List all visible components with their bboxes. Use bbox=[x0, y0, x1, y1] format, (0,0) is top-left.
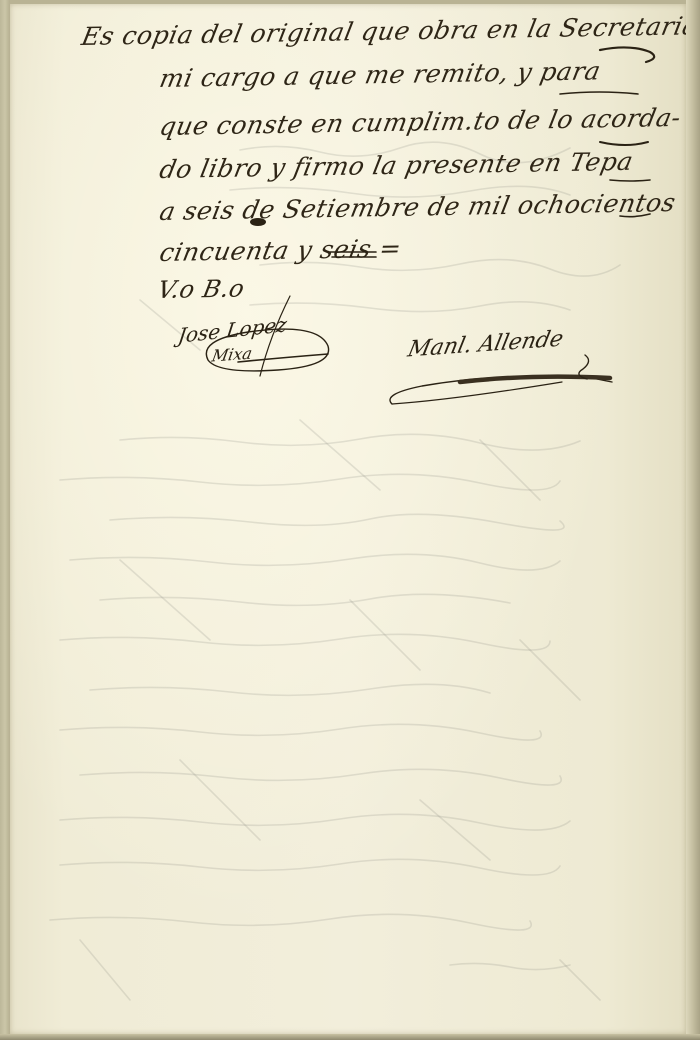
binding-left-edge bbox=[0, 0, 10, 1040]
scanned-page: Es copia del original que obra en la Sec… bbox=[0, 0, 700, 1040]
manuscript-line-6: cincuenta y seis = bbox=[157, 234, 404, 267]
signature-left-subtitle: Mixa bbox=[210, 343, 253, 365]
visto-bueno-mark: V.o B.o bbox=[155, 275, 247, 304]
page-bottom-edge bbox=[0, 1034, 700, 1040]
binding-right-edge bbox=[686, 0, 700, 1040]
